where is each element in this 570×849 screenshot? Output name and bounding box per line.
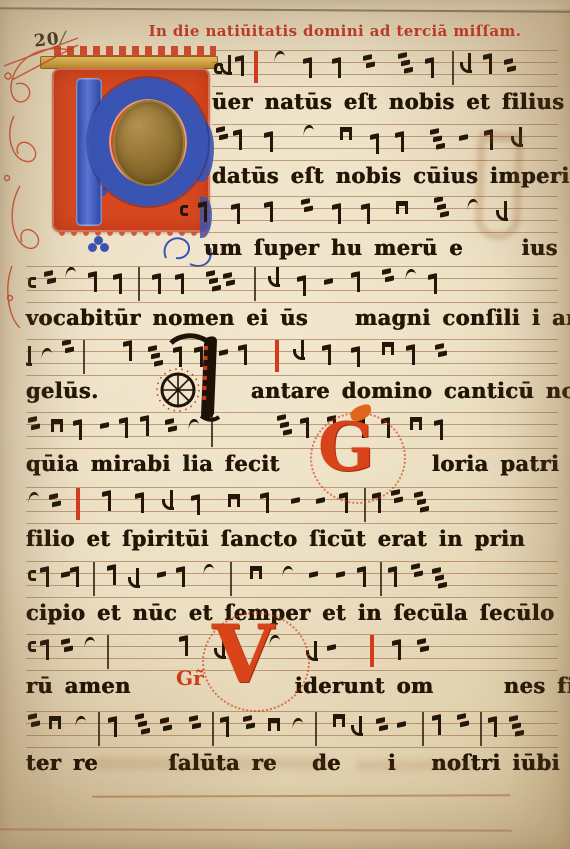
neume-virga (141, 494, 144, 513)
neume-punctum (327, 644, 336, 651)
neume-climacus (432, 567, 441, 574)
inline-initial-v: V (212, 614, 274, 694)
neume-climacus (414, 491, 423, 498)
ruled-line (0, 828, 512, 831)
neume-custos-hook (301, 340, 304, 358)
chant-system: filio et ſpiritūi ſancto ſicūt erat in p… (26, 487, 558, 557)
neume-row (26, 712, 558, 749)
neume-liquescent (202, 563, 214, 575)
neume-virga (182, 568, 185, 587)
staff-barline (83, 340, 85, 374)
neume-row (26, 340, 558, 377)
neume-liquescent (64, 267, 76, 279)
neume-liquescent (302, 125, 314, 137)
neume-punctum (316, 497, 325, 504)
neume-climacus (434, 197, 443, 203)
staff-barline (212, 712, 214, 746)
neume-clivis (333, 714, 345, 727)
neume-pes (216, 126, 225, 133)
neume-virga (440, 421, 443, 440)
chant-text-line: um ſuper hu merū e ius et (204, 235, 570, 260)
chant-text-line: qūia mirabi lia fecit loria patri et (26, 451, 570, 476)
neume-virga (434, 275, 437, 294)
neume-pes (243, 715, 252, 722)
staff-barline (93, 562, 95, 596)
neume-liquescent (281, 565, 293, 577)
neume-climacus (430, 128, 439, 135)
neume-clivis (228, 494, 240, 507)
neume-virga (398, 641, 401, 660)
neume-virga (239, 131, 242, 150)
neume-virga (244, 346, 247, 365)
chant-system: qūia mirabi lia fecit loria patri et (26, 412, 558, 482)
clef-mark (28, 641, 36, 652)
neume-virga (328, 346, 331, 365)
ruled-line (92, 794, 510, 797)
neume-virga (401, 133, 404, 152)
red-divider-line (275, 340, 279, 372)
neume-custos-hook (359, 716, 362, 734)
staff-barline (422, 712, 424, 746)
staff-barline (452, 51, 454, 85)
clef-mark (28, 277, 36, 288)
neume-pes (49, 493, 58, 500)
neume-custos-hook (228, 55, 231, 73)
neume-pes (301, 198, 310, 205)
neume-virga (237, 205, 240, 224)
neume-custos-hook (136, 568, 139, 586)
neume-clivis (410, 417, 422, 430)
neume-virga (113, 566, 116, 585)
gold-leaf-center (113, 100, 185, 186)
neume-climacus (135, 713, 144, 720)
neume-virga (197, 496, 200, 515)
neume-punctum (100, 422, 109, 429)
neume-liquescent (40, 347, 52, 359)
neume-row (212, 51, 558, 88)
neume-clivis (396, 201, 408, 214)
red-divider-line (254, 51, 258, 83)
clef-mark (28, 570, 36, 581)
neume-pes (417, 638, 426, 645)
neume-punctum (157, 571, 166, 578)
neume-custos-hook (314, 641, 317, 659)
neume-pes (435, 343, 444, 350)
neume-virga (357, 273, 360, 292)
neume-virga (309, 59, 312, 78)
neume-virga (363, 568, 366, 587)
neume-virga (181, 275, 184, 294)
neume-virga (108, 492, 111, 511)
neume-custos-hook (276, 267, 279, 285)
neume-virga (226, 718, 229, 737)
neume-clivis (382, 342, 394, 355)
staff-barline (480, 712, 482, 746)
staff-barline (107, 635, 109, 669)
bleedthrough-smudge (95, 757, 330, 770)
neume-virga (338, 59, 341, 78)
neume-climacus (277, 414, 286, 421)
neume-virga (158, 275, 161, 294)
staff-barline (254, 267, 256, 301)
staff-barline (230, 562, 232, 596)
neume-clivis (51, 419, 63, 432)
neume-punctum (309, 571, 318, 578)
neume-pes (160, 717, 169, 724)
neume-punctum (459, 134, 468, 141)
neume-pes (504, 58, 513, 65)
neume-climacus (398, 52, 407, 59)
inline-initial-c (148, 332, 243, 432)
bleedthrough-smudge (355, 760, 475, 771)
neume-liquescent (83, 636, 95, 648)
neume-virga (376, 135, 379, 154)
gradual-abbreviation-mark: Gr̃ (176, 666, 204, 690)
neume-pes (62, 340, 71, 346)
chant-system: gelūs. antare domino canticū noūūm (26, 339, 558, 409)
neume-virga (76, 568, 79, 587)
neume-pes (382, 268, 391, 275)
staff-barline (138, 267, 140, 301)
neume-virga (129, 342, 132, 361)
neume-virga (367, 205, 370, 224)
neume-virga (431, 59, 434, 78)
neume-liquescent (27, 491, 39, 503)
neume-virga (125, 419, 128, 438)
neume-liquescent (404, 268, 416, 280)
neume-pes (223, 272, 232, 279)
chant-system: vocabitūr nomen ei ūs magni conſili i an (26, 266, 558, 336)
staff-barline (98, 712, 100, 746)
neume-virga (46, 641, 49, 660)
neume-virga (119, 275, 122, 294)
neume-virga (185, 637, 188, 656)
neume-virga (412, 346, 415, 365)
neume-pes (457, 713, 466, 720)
neume-virga (46, 568, 49, 587)
neume-custos-hook (28, 346, 31, 364)
neume-pes (189, 715, 198, 722)
neume-virga (303, 277, 306, 296)
chant-system: cipio et nūc et ſemper et in ſecūla ſecū… (26, 561, 558, 631)
neume-clivis (268, 718, 280, 731)
neume-virga (306, 419, 309, 438)
neume-custos-hook (170, 490, 173, 508)
neume-liquescent (273, 51, 285, 63)
neume-punctum (397, 721, 406, 728)
neume-virga (79, 421, 82, 440)
neume-virga (270, 203, 273, 222)
neume-climacus (509, 715, 518, 722)
neume-liquescent (291, 717, 303, 729)
neume-row (26, 488, 558, 525)
neume-climacus (206, 270, 215, 277)
neume-pes (363, 54, 372, 61)
red-divider-line (370, 635, 374, 667)
neume-punctum (324, 278, 333, 285)
chant-text-line: ūer natūs eſt nobis et filius (212, 89, 565, 114)
neume-pes (28, 416, 37, 423)
neume-clivis (250, 566, 262, 579)
offset-ink-stain (474, 131, 524, 241)
neume-virga (394, 568, 397, 587)
neume-clivis (49, 716, 61, 729)
neume-virga (266, 494, 269, 513)
neume-clivis (340, 127, 352, 140)
neume-punctum (291, 497, 300, 504)
neume-pes (28, 713, 37, 720)
neume-row (26, 413, 558, 450)
neume-row (26, 267, 558, 304)
chant-text-line: filio et ſpiritūi ſancto ſicūt erat in p… (26, 526, 525, 551)
neume-pes (411, 563, 420, 570)
neume-punctum (336, 571, 345, 578)
neume-virga (338, 205, 341, 224)
staff-barline (315, 712, 317, 746)
neume-virga (489, 55, 492, 74)
clef-mark (180, 205, 188, 216)
neume-virga (241, 57, 244, 76)
neume-virga (94, 273, 97, 292)
neume-pes (44, 270, 53, 277)
chant-text-line: cipio et nūc et ſemper et in ſecūla ſecū… (26, 600, 555, 625)
chant-text-line: vocabitūr nomen ei ūs magni conſili i an (26, 305, 570, 330)
neume-virga (114, 718, 117, 737)
manuscript-page: In die natiūitatis domini ad terciā miſſ… (0, 0, 570, 849)
chant-system: ter re ſalūta re de i noſtri iūbi (26, 711, 558, 781)
neume-virga (438, 716, 441, 735)
chant-system: ūer natūs eſt nobis et filius (212, 50, 558, 120)
neume-virga (357, 348, 360, 367)
neume-custos-hook (468, 53, 471, 71)
neume-row (26, 562, 558, 599)
neume-liquescent (74, 715, 86, 727)
neume-virga (204, 203, 207, 222)
chant-text-line: gelūs. antare domino canticū noūūm (26, 378, 570, 403)
rubric-heading: In die natiūitatis domini ad terciā miſſ… (140, 22, 530, 40)
neume-pes (376, 717, 385, 724)
neume-punctum (61, 571, 70, 578)
neume-virga (270, 133, 273, 152)
neume-virga (494, 718, 497, 737)
neume-pes (61, 638, 70, 645)
inline-initial-g: G (318, 414, 374, 480)
staff-barline (380, 562, 382, 596)
red-divider-line (76, 488, 80, 520)
